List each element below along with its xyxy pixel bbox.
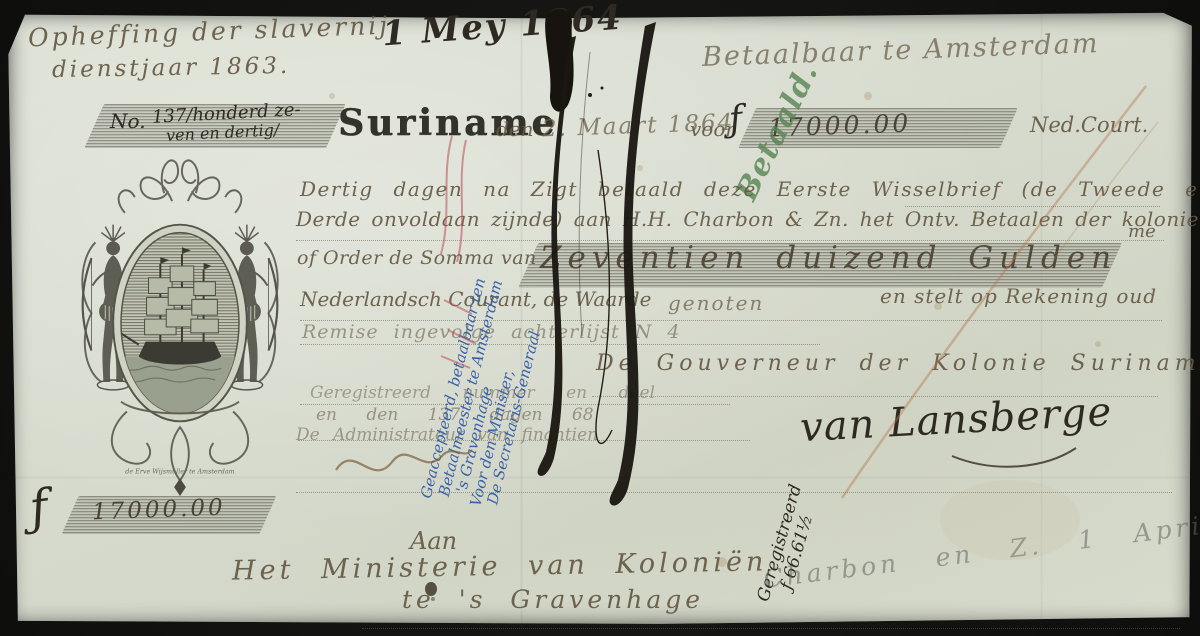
body-line-1: Dertig dagen na Zigt betaald deze Eerste… <box>300 178 1200 200</box>
purpose-note-line2: dienstjaar 1863. <box>52 54 291 83</box>
sum-in-words: Zeventien duizend Gulden <box>540 241 1117 275</box>
engraver-credit: de Erve Wijsmuller te Amsterdam <box>125 467 234 475</box>
drawer-title: De Gouverneur der Kolonie Suriname <box>596 352 1200 376</box>
sum-label: of Order de Somma van <box>297 248 537 269</box>
den-label: den <box>496 118 534 140</box>
bottom-amount-figures: 17000.00 <box>92 496 227 526</box>
coat-of-arms-vignette: de Erve Wijsmuller te Amsterdam <box>62 148 298 498</box>
ruled-dotted-line <box>362 628 1180 629</box>
body-line-2: Derde onvoldaan zijnde) aan H.H. Charbon… <box>296 208 1200 230</box>
scanned-document: de Erve Wijsmuller te Amsterdam Opheffin… <box>0 0 1200 636</box>
body-line-4b: genoten <box>668 292 764 314</box>
ruled-dotted-line <box>300 344 820 345</box>
body-line-2-wrap: me <box>1128 222 1156 242</box>
number-prefix: No. <box>110 110 146 132</box>
addressee-aan: Aan <box>410 528 457 554</box>
currency-note: Ned.Court. <box>1030 114 1148 137</box>
body-line-4c: en stelt op Rekening oud <box>880 285 1157 307</box>
addressee-line-2: te 's Gravenhage <box>402 586 704 614</box>
